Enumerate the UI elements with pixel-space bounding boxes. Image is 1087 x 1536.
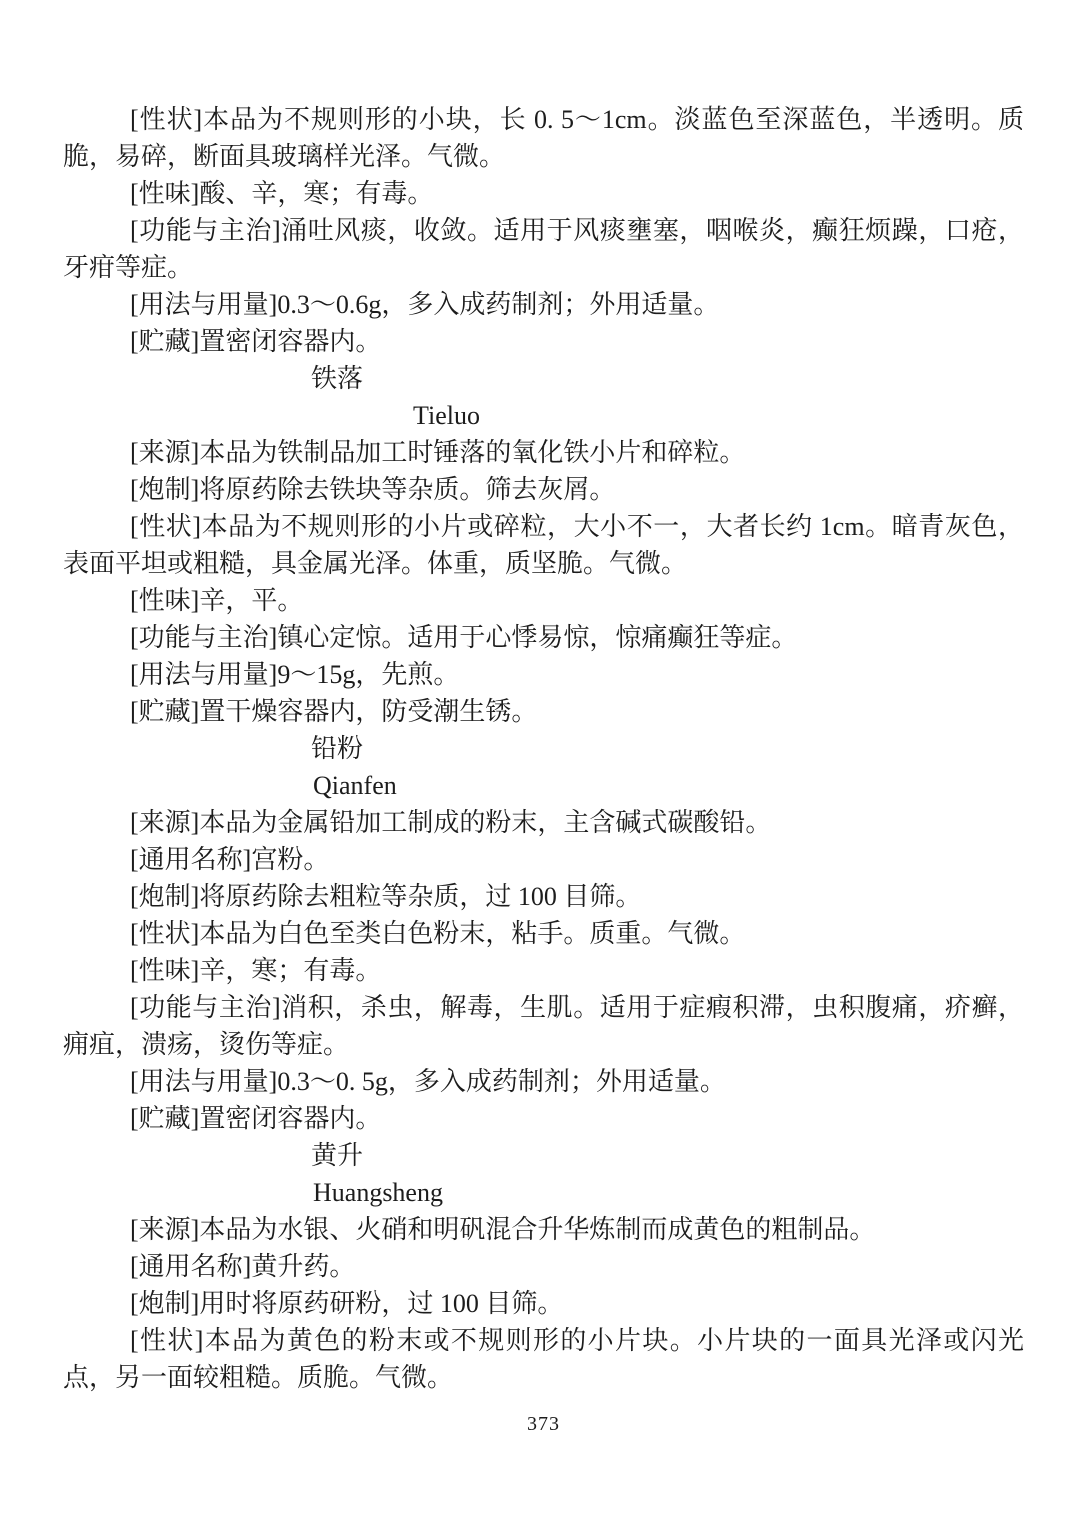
para-functions: [功能与主治]消积，杀虫，解毒，生肌。适用于症瘕积滞，虫积腹痛，疥癣，痈疽，溃疡… [63,989,1024,1063]
entry-title-cn: 铁落 [63,360,1024,397]
para-dosage: [用法与用量]0.3～0.6g，多入成药制剂；外用适量。 [63,286,1024,323]
page-content: [性状]本品为不规则形的小块，长 0. 5～1cm。淡蓝色至深蓝色，半透明。质脆… [63,101,1024,1396]
entry-tieluo: 铁落 Tieluo [来源]本品为铁制品加工时锤落的氧化铁小片和碎粒。 [炮制]… [63,360,1024,730]
entry-title-cn: 黄升 [63,1137,1024,1174]
para-dosage: [用法与用量]9～15g，先煎。 [63,656,1024,693]
para-taste: [性味]辛，平。 [63,582,1024,619]
para-storage: [贮藏]置密闭容器内。 [63,323,1024,360]
para-taste: [性味]辛，寒；有毒。 [63,952,1024,989]
entry-title-pinyin: Tieluo [63,397,1024,434]
entry-title-pinyin: Huangsheng [63,1174,1024,1211]
para-properties: [性状]本品为不规则形的小块，长 0. 5～1cm。淡蓝色至深蓝色，半透明。质脆… [63,101,1024,175]
para-properties: [性状]本品为白色至类白色粉末，粘手。质重。气微。 [63,915,1024,952]
para-taste: [性味]酸、辛，寒；有毒。 [63,175,1024,212]
entry-title-cn: 铅粉 [63,730,1024,767]
para-dosage: [用法与用量]0.3～0. 5g，多入成药制剂；外用适量。 [63,1063,1024,1100]
entry-qianfen: 铅粉 Qianfen [来源]本品为金属铅加工制成的粉末，主含碱式碳酸铅。 [通… [63,730,1024,1137]
para-source: [来源]本品为铁制品加工时锤落的氧化铁小片和碎粒。 [63,434,1024,471]
para-storage: [贮藏]置干燥容器内，防受潮生锈。 [63,693,1024,730]
para-source: [来源]本品为金属铅加工制成的粉末，主含碱式碳酸铅。 [63,804,1024,841]
para-common-name: [通用名称]宫粉。 [63,841,1024,878]
para-processing: [炮制]将原药除去粗粒等杂质，过 100 目筛。 [63,878,1024,915]
para-functions: [功能与主治]镇心定惊。适用于心悸易惊，惊痛癫狂等症。 [63,619,1024,656]
page-number: 373 [0,1413,1087,1436]
para-functions: [功能与主治]涌吐风痰，收敛。适用于风痰壅塞，咽喉炎，癫狂烦躁，口疮，牙疳等症。 [63,212,1024,286]
entry-huangsheng: 黄升 Huangsheng [来源]本品为水银、火硝和明矾混合升华炼制而成黄色的… [63,1137,1024,1396]
para-properties: [性状]本品为黄色的粉末或不规则形的小片块。小片块的一面具光泽或闪光点，另一面较… [63,1322,1024,1396]
para-source: [来源]本品为水银、火硝和明矾混合升华炼制而成黄色的粗制品。 [63,1211,1024,1248]
entry-continued: [性状]本品为不规则形的小块，长 0. 5～1cm。淡蓝色至深蓝色，半透明。质脆… [63,101,1024,360]
para-storage: [贮藏]置密闭容器内。 [63,1100,1024,1137]
document-page: [性状]本品为不规则形的小块，长 0. 5～1cm。淡蓝色至深蓝色，半透明。质脆… [0,0,1087,1536]
entry-title-pinyin: Qianfen [63,767,1024,804]
para-common-name: [通用名称]黄升药。 [63,1248,1024,1285]
para-processing: [炮制]将原药除去铁块等杂质。筛去灰屑。 [63,471,1024,508]
para-processing: [炮制]用时将原药研粉，过 100 目筛。 [63,1285,1024,1322]
para-properties: [性状]本品为不规则形的小片或碎粒，大小不一，大者长约 1cm。暗青灰色，表面平… [63,508,1024,582]
